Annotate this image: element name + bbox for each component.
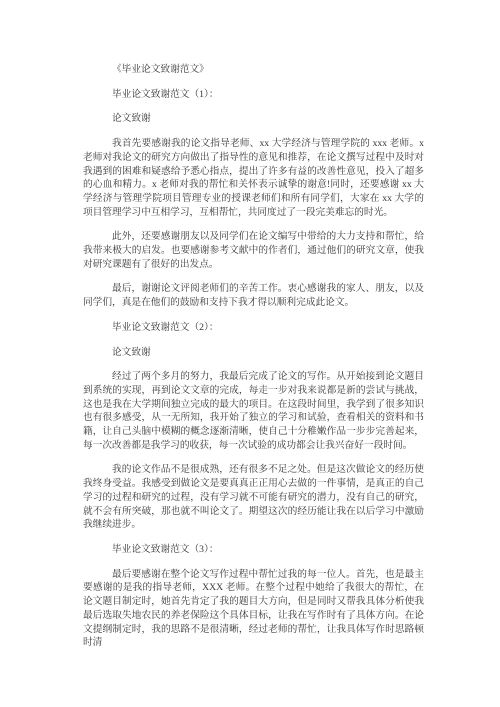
section-heading: 毕业论文致谢范文（2）： [83, 321, 424, 335]
document-sections: 毕业论文致谢范文（1）：论文致谢我首先要感谢我的论文指导老师、xx 大学经济与管… [83, 88, 424, 650]
section-heading: 毕业论文致谢范文（1）： [83, 88, 424, 102]
document-title: 《毕业论文致谢范文》 [83, 63, 424, 77]
section-subheading: 论文致谢 [83, 346, 424, 360]
paragraph: 我的论文作品不是很成熟，还有很多不足之处。但是这次做论文的经历使我终身受益。我感… [83, 463, 424, 532]
section-subheading: 论文致谢 [83, 112, 424, 126]
paragraph: 经过了两个多月的努力，我最后完成了论文的写作。从开始接到论文题目到系统的实现，再… [83, 370, 424, 452]
paragraph: 我首先要感谢我的论文指导老师、xx 大学经济与管理学院的 xxx 老师。x 老师… [83, 137, 424, 219]
paragraph: 最后，谢谢论文评阅老师们的辛苦工作。衷心感谢我的家人、朋友，以及同学们，真是在他… [83, 282, 424, 309]
document-content: 《毕业论文致谢范文》 毕业论文致谢范文（1）：论文致谢我首先要感谢我的论文指导老… [83, 63, 424, 650]
document-page: 《毕业论文致谢范文》 毕业论文致谢范文（1）：论文致谢我首先要感谢我的论文指导老… [0, 0, 500, 707]
paragraph: 最后要感谢在整个论文写作过程中帮忙过我的每一位人。首先，也是最主要感谢的是我的指… [83, 568, 424, 650]
section-heading: 毕业论文致谢范文（3）： [83, 543, 424, 557]
paragraph: 此外，还要感谢朋友以及同学们在论文编写中带给的大力支持和帮忙，给我带来极大的启发… [83, 230, 424, 271]
